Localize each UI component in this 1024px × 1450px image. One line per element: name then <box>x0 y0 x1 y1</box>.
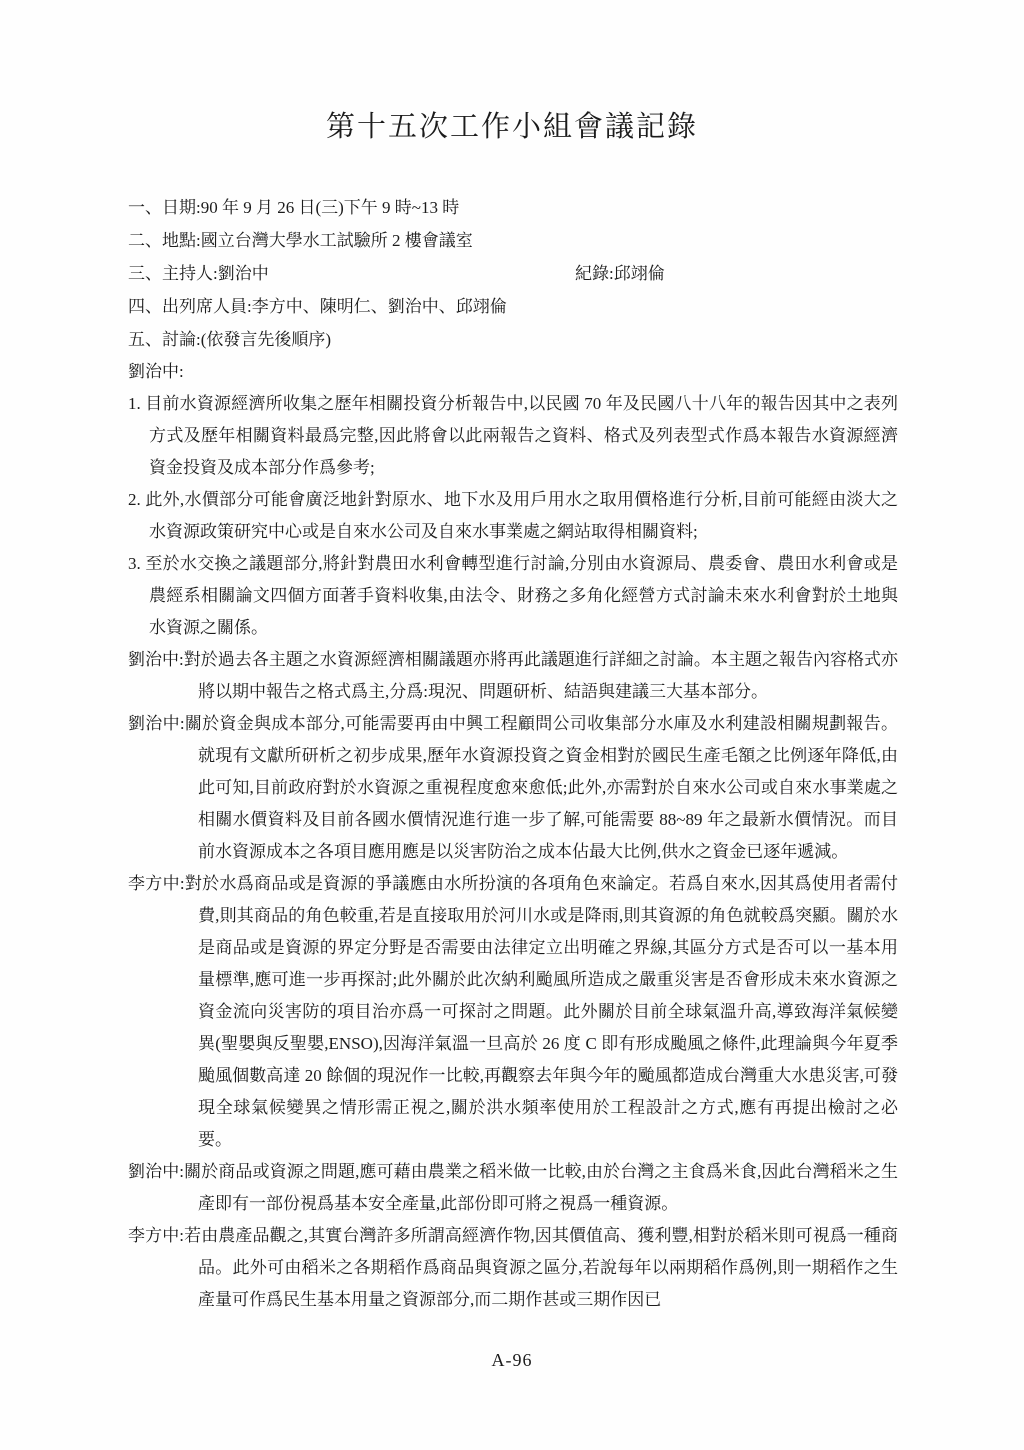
scanned-document-page: 第十五次工作小組會議記錄 一、日期:90 年 9 月 26 日(三)下午 9 時… <box>0 0 1024 1450</box>
numbered-item: 2. 此外,水價部分可能會廣泛地針對原水、地下水及用戶用水之取用價格進行分析,目… <box>128 484 898 548</box>
speaker-name: 劉治中: <box>128 362 184 381</box>
speaker-name: 李方中: <box>128 1226 184 1245</box>
numbered-item: 1. 目前水資源經濟所收集之歷年相關投資分析報告中,以民國 70 年及民國八十八… <box>128 388 898 484</box>
discussion-body: 劉治中:1. 目前水資源經濟所收集之歷年相關投資分析報告中,以民國 70 年及民… <box>128 356 898 1316</box>
page-number: A-96 <box>0 1350 1024 1371</box>
speaker-name: 劉治中: <box>128 1162 184 1181</box>
page-title: 第十五次工作小組會議記錄 <box>0 104 1024 145</box>
item-number: 1. <box>128 394 145 413</box>
recorder-label: 紀錄:邱翊倫 <box>575 257 665 290</box>
item-number: 3. <box>128 554 145 573</box>
speaker-open-line: 劉治中: <box>128 356 898 388</box>
meta-line-text: 一、日期:90 年 9 月 26 日(三)下午 9 時~13 時 <box>128 198 459 217</box>
item-number: 2. <box>128 490 145 509</box>
meta-line-text: 五、討論:(依發言先後順序) <box>128 330 331 349</box>
meta-line-text: 四、出列席人員:李方中、陳明仁、劉治中、邱翊倫 <box>128 297 507 316</box>
numbered-item: 3. 至於水交換之議題部分,將針對農田水利會轉型進行討論,分別由水資源局、農委會… <box>128 548 898 644</box>
meta-line: 一、日期:90 年 9 月 26 日(三)下午 9 時~13 時 <box>128 191 908 224</box>
speaker-paragraph: 劉治中:關於商品或資源之問題,應可藉由農業之稻米做一比較,由於台灣之主食爲米食,… <box>128 1156 898 1220</box>
meta-line-text: 二、地點:國立台灣大學水工試驗所 2 樓會議室 <box>128 231 473 250</box>
meta-line: 二、地點:國立台灣大學水工試驗所 2 樓會議室 <box>128 224 908 257</box>
meta-list: 一、日期:90 年 9 月 26 日(三)下午 9 時~13 時二、地點:國立台… <box>128 191 908 356</box>
speaker-paragraph: 李方中:若由農產品觀之,其實台灣許多所謂高經濟作物,因其價值高、獲利豐,相對於稻… <box>128 1220 898 1316</box>
speaker-paragraph: 劉治中:對於過去各主題之水資源經濟相關議題亦將再此議題進行詳細之討論。本主題之報… <box>128 644 898 708</box>
speaker-name: 劉治中: <box>128 650 184 669</box>
speaker-paragraph: 劉治中:關於資金與成本部分,可能需要再由中興工程顧問公司收集部分水庫及水利建設相… <box>128 708 898 868</box>
meta-line: 四、出列席人員:李方中、陳明仁、劉治中、邱翊倫 <box>128 290 908 323</box>
meta-line-text: 三、主持人:劉治中 <box>128 264 269 283</box>
meta-line: 三、主持人:劉治中紀錄:邱翊倫 <box>128 257 908 290</box>
speaker-paragraph: 李方中:對於水爲商品或是資源的爭議應由水所扮演的各項角色來論定。若爲自來水,因其… <box>128 868 898 1156</box>
meta-line: 五、討論:(依發言先後順序) <box>128 323 908 356</box>
speaker-name: 李方中: <box>128 874 185 893</box>
speaker-name: 劉治中: <box>128 714 185 733</box>
